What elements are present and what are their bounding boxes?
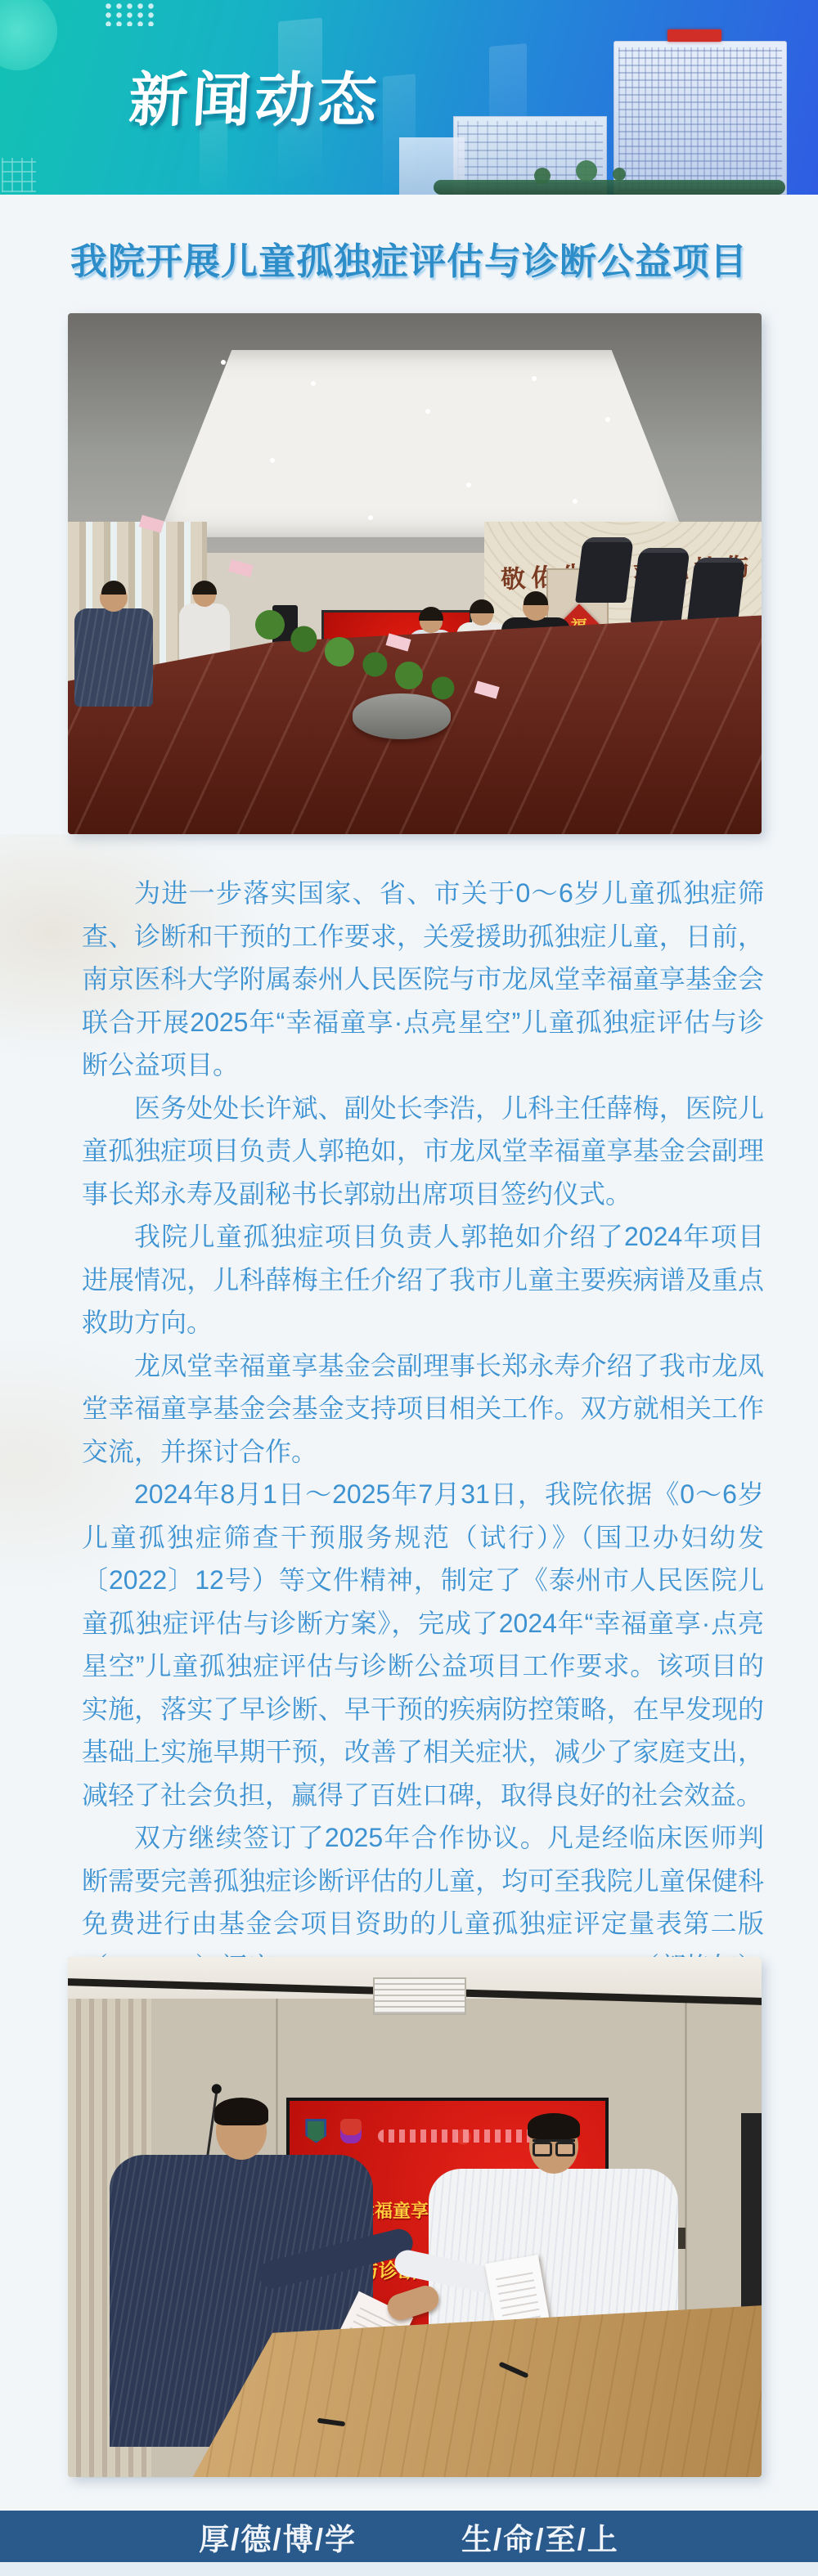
paragraph: 龙凤堂幸福童享基金会副理事长郑永寿介绍了我市龙凤堂幸福童享基金会基金支持项目相关… — [82, 1344, 764, 1474]
table-tray — [353, 693, 451, 739]
office-chair — [575, 537, 634, 603]
person-figure — [74, 584, 153, 707]
paragraph: 我院儿童孤独症项目负责人郭艳如介绍了2024年项目进展情况，儿科薛梅主任介绍了我… — [82, 1215, 764, 1344]
grid-hash-decor — [2, 158, 36, 192]
paragraph: 医务处处长许斌、副处长李浩，儿科主任薛梅，医院儿童孤独症项目负责人郭艳如，市龙凤… — [82, 1087, 764, 1216]
footer-motto-bar: 厚/德/博/学 生/命/至/上 — [0, 2511, 818, 2562]
news-banner: 新闻动态 — [0, 0, 818, 195]
photo-signing-ceremony: 2025年“幸福童享·点亮星空”儿童孤独症 与诊断公益项目签约 泰州市人民医院 … — [68, 1957, 762, 2477]
hospital-tower-building — [613, 41, 787, 195]
photo-meeting-room: 敬佑生命 救死扶伤 廉洁从政 廉洁用权 2025年“幸福童享·点亮星空”儿童孤独… — [68, 313, 762, 834]
glasses-icon — [533, 2139, 575, 2153]
ceiling-lights — [221, 360, 226, 365]
news-article-page: 新闻动态 我院开展儿童孤独症评估与诊断公益项目 敬佑生命 救死扶伤 廉洁从政 廉… — [0, 0, 818, 2576]
office-chair — [630, 548, 690, 623]
paragraph: 2024年8月1日～2025年7月31日，我院依据《0～6岁儿童孤独症筛查干预服… — [82, 1473, 764, 1816]
hospital-greenery — [434, 180, 785, 195]
article-body: 为进一步落实国家、省、市关于0～6岁儿童孤独症筛查、诊断和干预的工作要求，关爱援… — [82, 872, 764, 1988]
circle-decor — [0, 0, 57, 70]
air-vent — [373, 1977, 466, 2014]
dots-grid-decor — [103, 2, 157, 26]
ceiling-panel — [158, 350, 685, 537]
motto-left: 厚/德/博/学 — [199, 2515, 357, 2559]
motto-right: 生/命/至/上 — [461, 2515, 619, 2559]
footer-strip — [0, 2562, 818, 2576]
tree-decor — [576, 160, 597, 182]
banner-title: 新闻动态 — [127, 52, 383, 137]
article-title: 我院开展儿童孤独症评估与诊断公益项目 — [0, 231, 818, 285]
person-figure — [179, 584, 230, 662]
hospital-rooftop-sign — [667, 29, 721, 42]
paragraph: 为进一步落实国家、省、市关于0～6岁儿童孤独症筛查、诊断和干预的工作要求，关爱援… — [82, 872, 764, 1087]
